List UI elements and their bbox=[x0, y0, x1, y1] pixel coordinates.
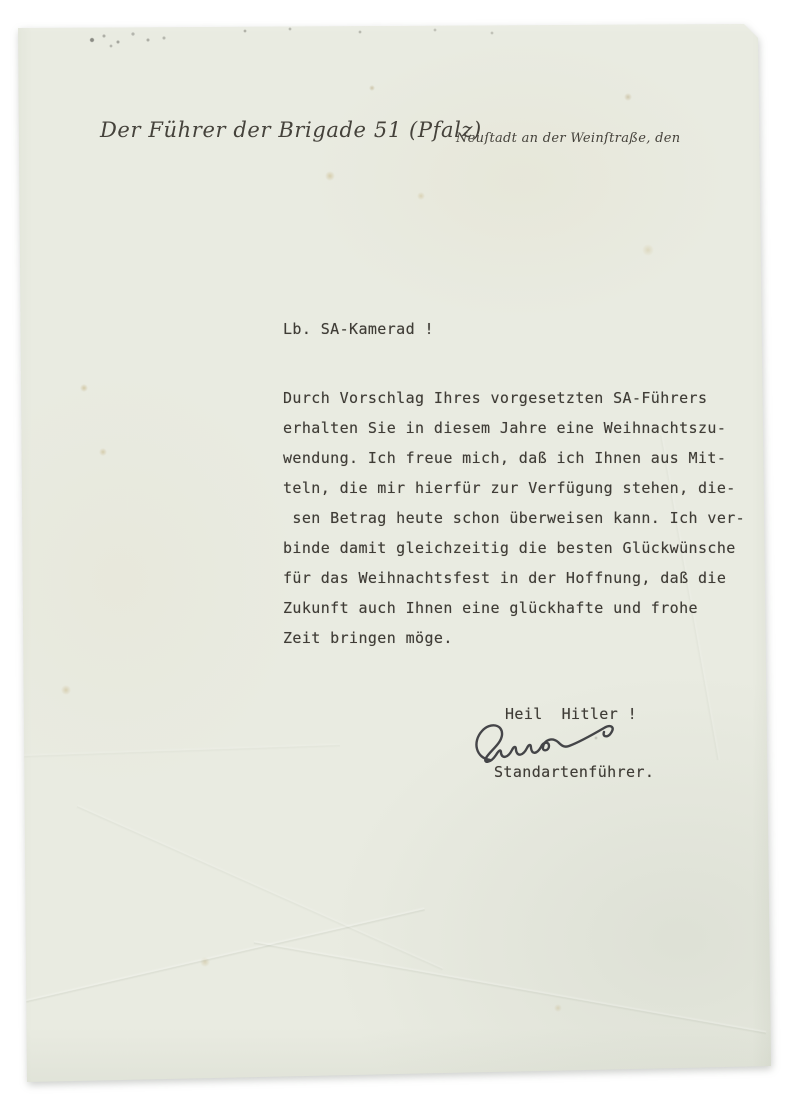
letter-body: Durch Vorschlag Ihres vorgesetzten SA-Fü… bbox=[283, 383, 745, 653]
fold-crease bbox=[254, 940, 767, 1035]
body-line: wendung. Ich freue mich, daß ich Ihnen a… bbox=[283, 443, 745, 473]
body-line: sen Betrag heute schon überweisen kann. … bbox=[283, 503, 745, 533]
body-line: binde damit gleichzeitig die besten Glüc… bbox=[283, 533, 745, 563]
body-line: Zukunft auch Ihnen eine glückhafte und f… bbox=[283, 593, 745, 623]
edge-speckles bbox=[230, 24, 530, 38]
signer-rank: Standartenführer. bbox=[494, 763, 654, 781]
salutation: Lb. SA-Kamerad ! bbox=[283, 320, 434, 338]
pencil-smudge bbox=[78, 26, 188, 52]
letter-paper: Der Führer der Brigade 51 (Pfalz) Neuſta… bbox=[0, 0, 800, 1105]
letterhead-place-date: Neuſtadt an der Weinſtraße, den bbox=[456, 131, 680, 146]
fold-crease bbox=[5, 907, 425, 1009]
fold-crease bbox=[20, 742, 340, 758]
body-line: teln, die mir hierfür zur Verfügung steh… bbox=[283, 473, 745, 503]
letterhead-sender: Der Führer der Brigade 51 (Pfalz) bbox=[100, 118, 482, 142]
body-line: Zeit bringen möge. bbox=[283, 623, 745, 653]
body-line: für das Weihnachtsfest in der Hoffnung, … bbox=[283, 563, 745, 593]
letter-paper-shadow: Der Führer der Brigade 51 (Pfalz) Neuſta… bbox=[0, 0, 800, 1105]
fold-crease bbox=[76, 804, 443, 971]
body-line: erhalten Sie in diesem Jahre eine Weihna… bbox=[283, 413, 745, 443]
signature-scribble bbox=[470, 718, 630, 768]
photo-background: Der Führer der Brigade 51 (Pfalz) Neuſta… bbox=[0, 0, 800, 1105]
body-line: Durch Vorschlag Ihres vorgesetzten SA-Fü… bbox=[283, 383, 745, 413]
